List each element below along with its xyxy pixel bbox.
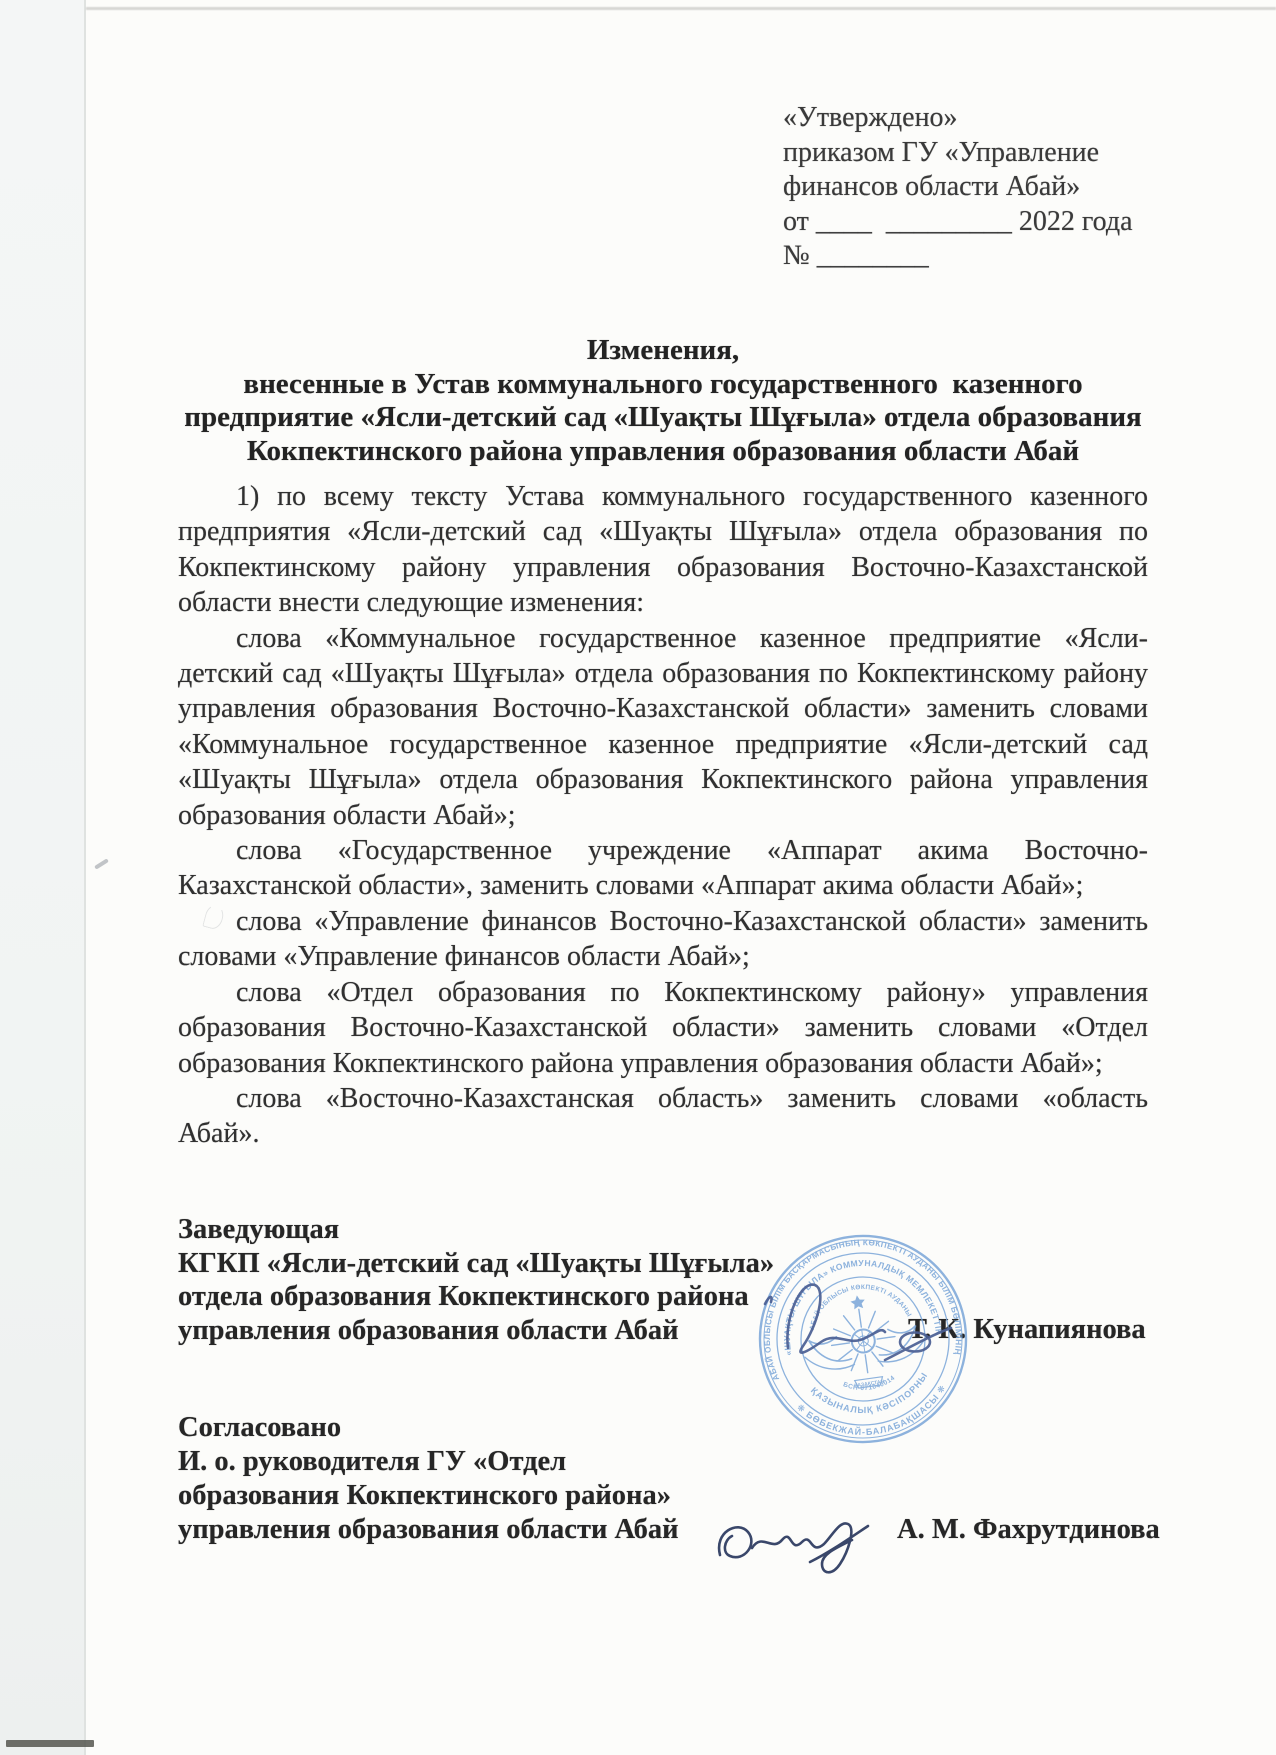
scan-left-edge: [0, 0, 86, 1755]
signature-role-line: управления образования области Абай: [178, 1513, 938, 1547]
body-paragraph: 1) по всему тексту Устава коммунального …: [178, 479, 1148, 621]
body-paragraph: слова «Коммунальное государственное казе…: [178, 621, 1148, 833]
agreed-label: Согласовано: [178, 1411, 938, 1445]
document-title: Изменения, внесенные в Устав коммунально…: [178, 334, 1148, 468]
scanned-page: «Утверждено» приказом ГУ «Управление фин…: [0, 0, 1276, 1755]
handwritten-signature-head: [745, 1268, 975, 1378]
body-paragraph: слова «Государственное учреждение «Аппар…: [178, 833, 1148, 904]
body-paragraph: слова «Восточно-Казахстанская область» з…: [178, 1081, 1148, 1152]
title-line: Кокпектинского района управления образов…: [178, 435, 1148, 469]
document-body: 1) по всему тексту Устава коммунального …: [178, 479, 1148, 1152]
body-paragraph: слова «Управление финансов Восточно-Каза…: [178, 904, 1148, 975]
title-line: Изменения,: [178, 334, 1148, 368]
approval-line: приказом ГУ «Управление: [783, 136, 1163, 171]
signature-block-agreed: Согласовано И. о. руководителя ГУ «Отдел…: [178, 1411, 938, 1547]
title-line: предприятие «Ясли-детский сад «Шуақты Шұ…: [178, 401, 1148, 435]
scan-bottom-edge-mark: [6, 1740, 94, 1747]
scan-top-edge: [86, 7, 1276, 10]
signatory-name-agreed: А. М. Фахрутдинова: [897, 1514, 1160, 1546]
signature-role-line: образования Кокпектинского района»: [178, 1479, 938, 1513]
body-paragraph: слова «Отдел образования по Кокпектинско…: [178, 975, 1148, 1081]
signature-role-line: И. о. руководителя ГУ «Отдел: [178, 1445, 938, 1479]
scan-smudge: [94, 858, 109, 869]
approval-block: «Утверждено» приказом ГУ «Управление фин…: [783, 101, 1163, 274]
title-line: внесенные в Устав коммунального государс…: [178, 368, 1148, 402]
approval-number-line: № ________: [783, 239, 1163, 274]
approval-date-line: от ____ _________ 2022 года: [783, 205, 1163, 240]
approval-line: финансов области Абай»: [783, 170, 1163, 205]
approval-line: «Утверждено»: [783, 101, 1163, 136]
